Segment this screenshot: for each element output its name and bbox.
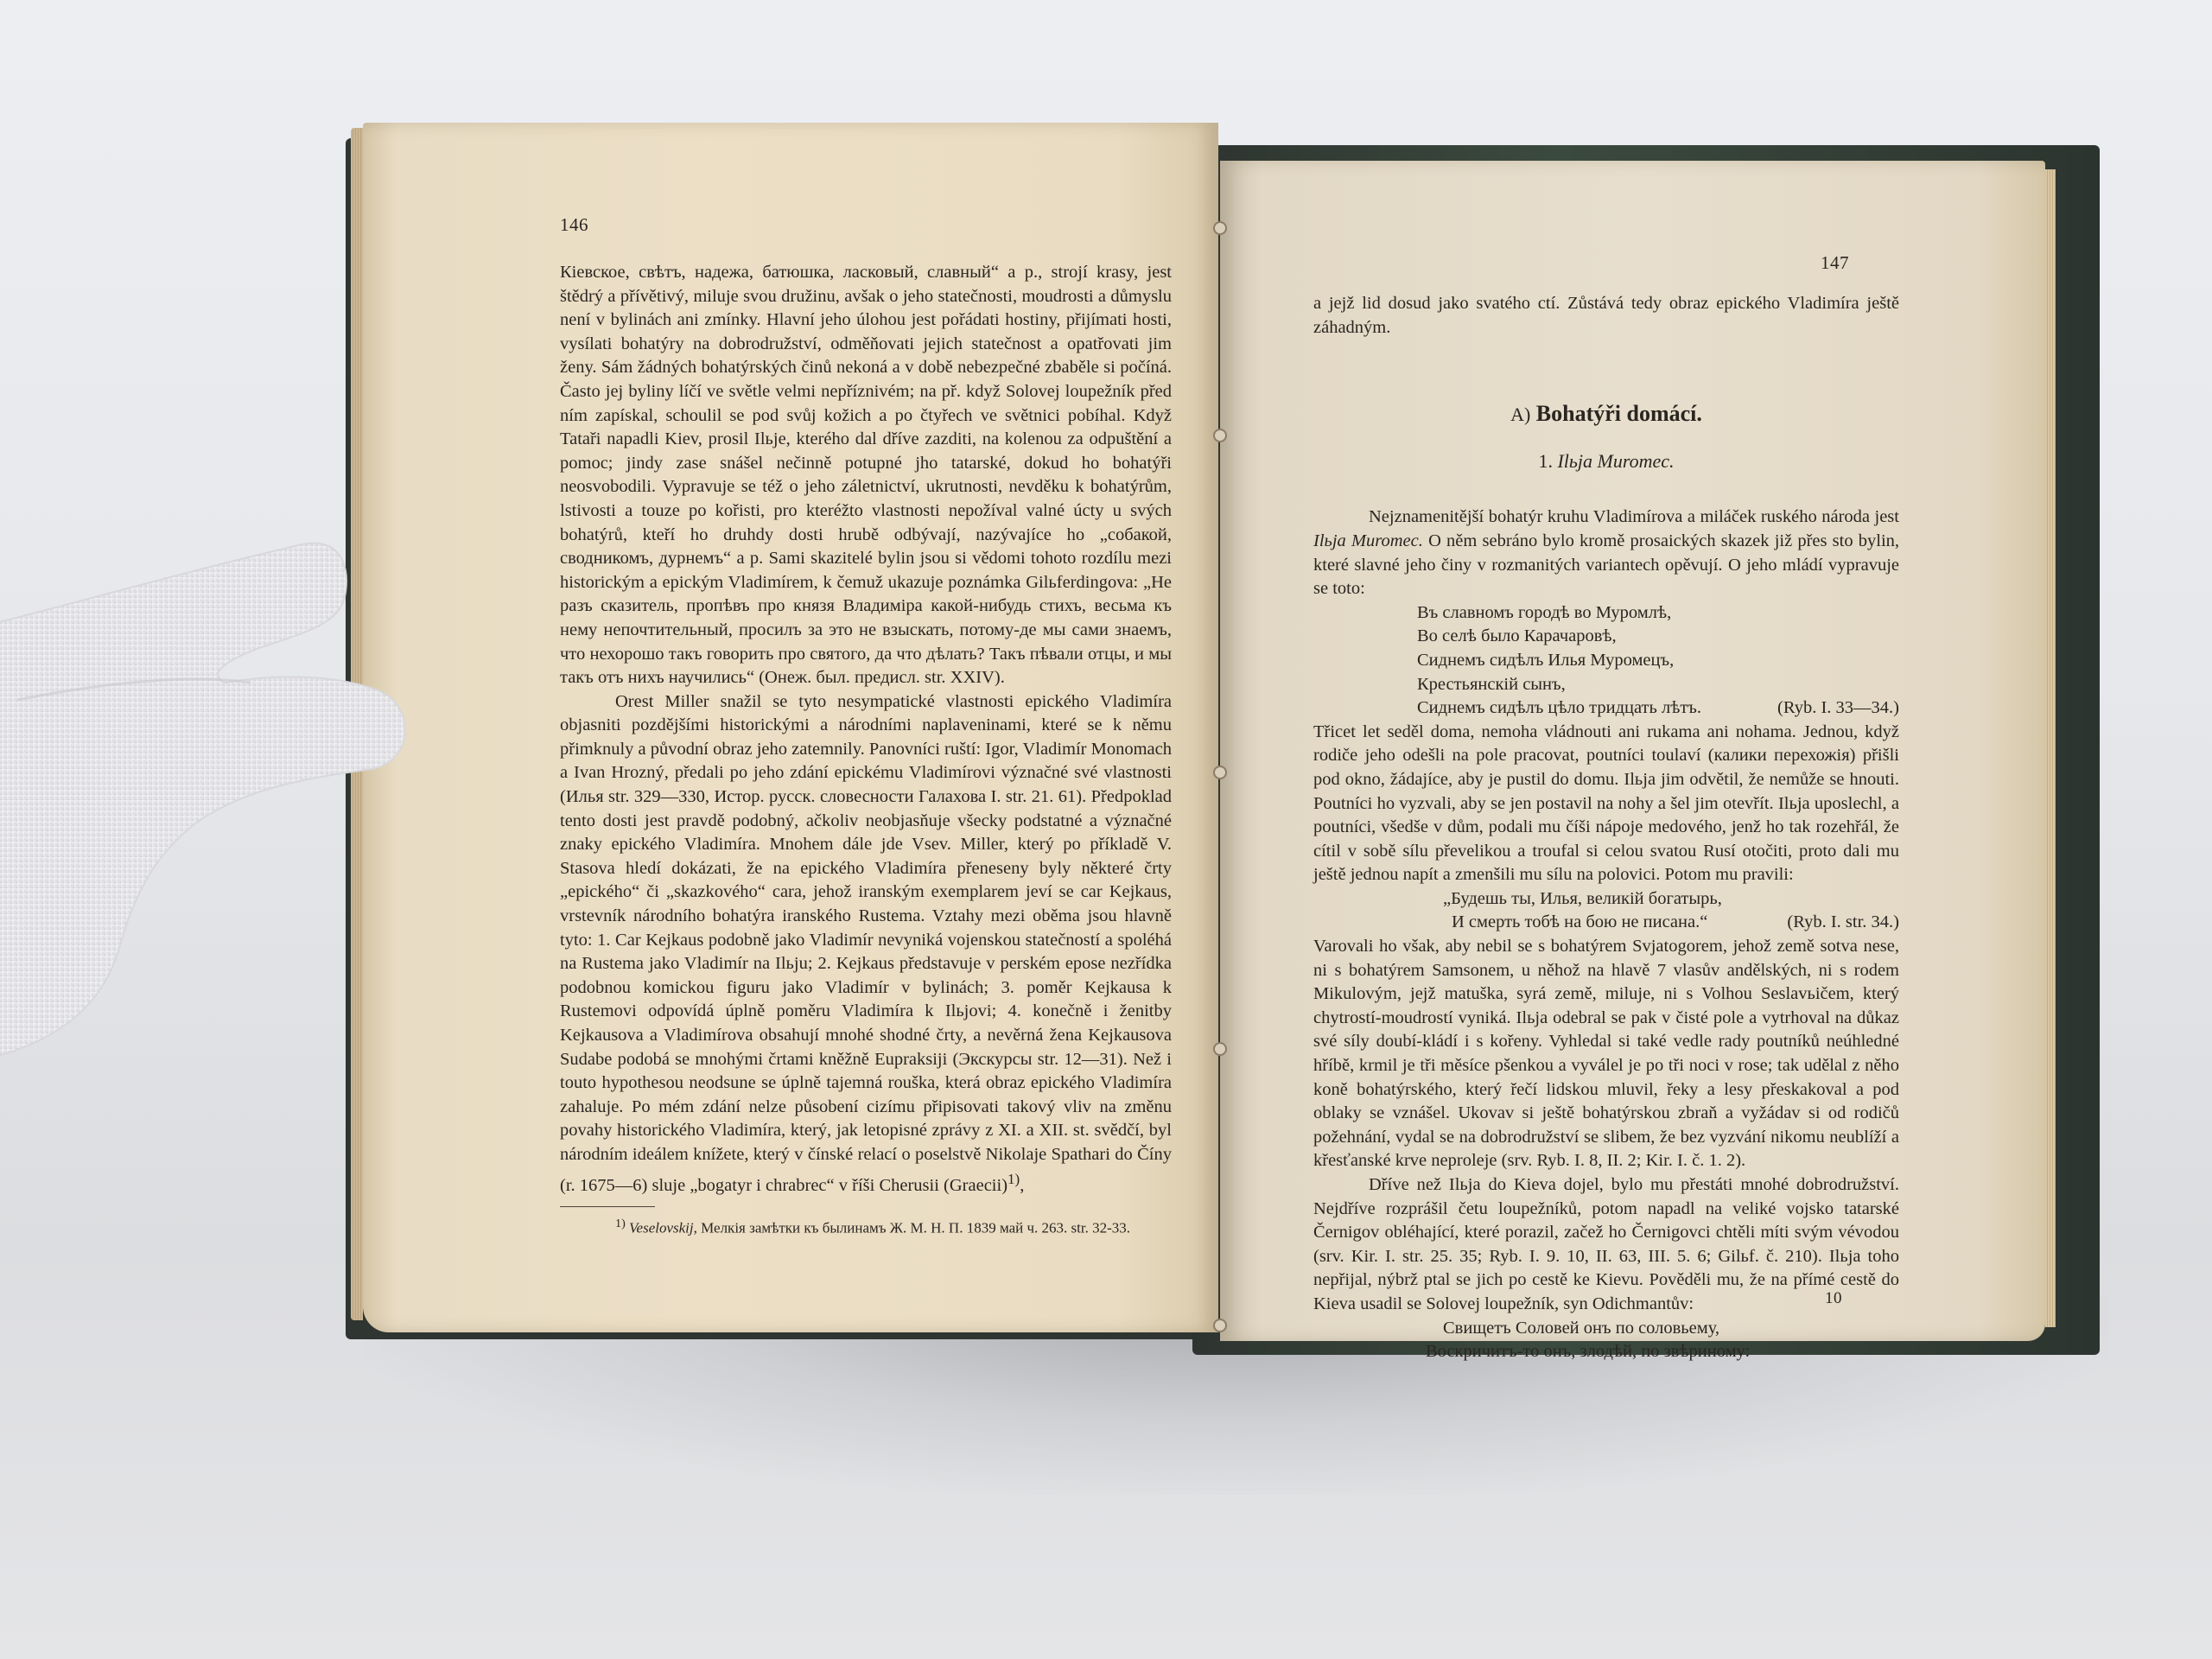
binding-stitch bbox=[1213, 1319, 1227, 1332]
section-heading: A) Bohatýři domácí. bbox=[1313, 402, 1899, 427]
subsection-heading: 1. Ilьja Muromec. bbox=[1313, 449, 1899, 474]
binding-stitch bbox=[1213, 429, 1227, 442]
paragraph: Dříve než Ilьja do Kieva dojel, bylo mu … bbox=[1313, 1173, 1899, 1317]
citation: (Ryb. I. str. 34.) bbox=[1787, 911, 1899, 935]
right-page: 147 a jejž lid dosud jako svatého ctí. Z… bbox=[1220, 161, 2045, 1341]
paragraph: Třicet let seděl doma, nemoha vládnouti … bbox=[1313, 721, 1899, 887]
verse-quote: Свищетъ Соловей онъ по соловьему, Воскри… bbox=[1313, 1317, 1899, 1364]
page-number-left: 146 bbox=[560, 214, 588, 236]
paragraph: a jejž lid dosud jako svatého ctí. Zůstá… bbox=[1313, 292, 1899, 340]
left-page-text: Кіевское, свѣтъ, надежа, батюшка, ласков… bbox=[560, 261, 1172, 1238]
binding-stitch bbox=[1213, 766, 1227, 779]
binding-stitch bbox=[1213, 1042, 1227, 1056]
verse-quote: Въ славномъ городѣ во Муромлѣ, Во селѣ б… bbox=[1313, 601, 1899, 721]
footnote-marker: 1) bbox=[1007, 1171, 1020, 1187]
left-page: 146 Кіевское, свѣтъ, надежа, батюшка, ла… bbox=[363, 123, 1218, 1332]
footnote-rule bbox=[560, 1206, 655, 1207]
paragraph: Кіевское, свѣтъ, надежа, батюшка, ласков… bbox=[560, 261, 1172, 690]
page-number-right: 147 bbox=[1821, 252, 1849, 274]
right-page-text: a jejž lid dosud jako svatého ctí. Zůstá… bbox=[1313, 292, 1899, 1364]
verse-quote: „Будешь ты, Илья, великій богатырь, И см… bbox=[1313, 887, 1899, 935]
paragraph: Varovali ho však, aby nebil se s bohatýr… bbox=[1313, 935, 1899, 1173]
footnote: 1) Veselovskij, Мелкія замѣтки къ былина… bbox=[560, 1214, 1172, 1238]
citation: (Ryb. I. 33—34.) bbox=[1777, 696, 1899, 721]
paragraph: Nejznamenitější bohatýr kruhu Vladimírov… bbox=[1313, 505, 1899, 601]
binding-stitch bbox=[1213, 221, 1227, 235]
signature-mark: 10 bbox=[1825, 1289, 1842, 1308]
paragraph: Orest Miller snažil se tyto nesympatické… bbox=[560, 690, 1172, 1198]
